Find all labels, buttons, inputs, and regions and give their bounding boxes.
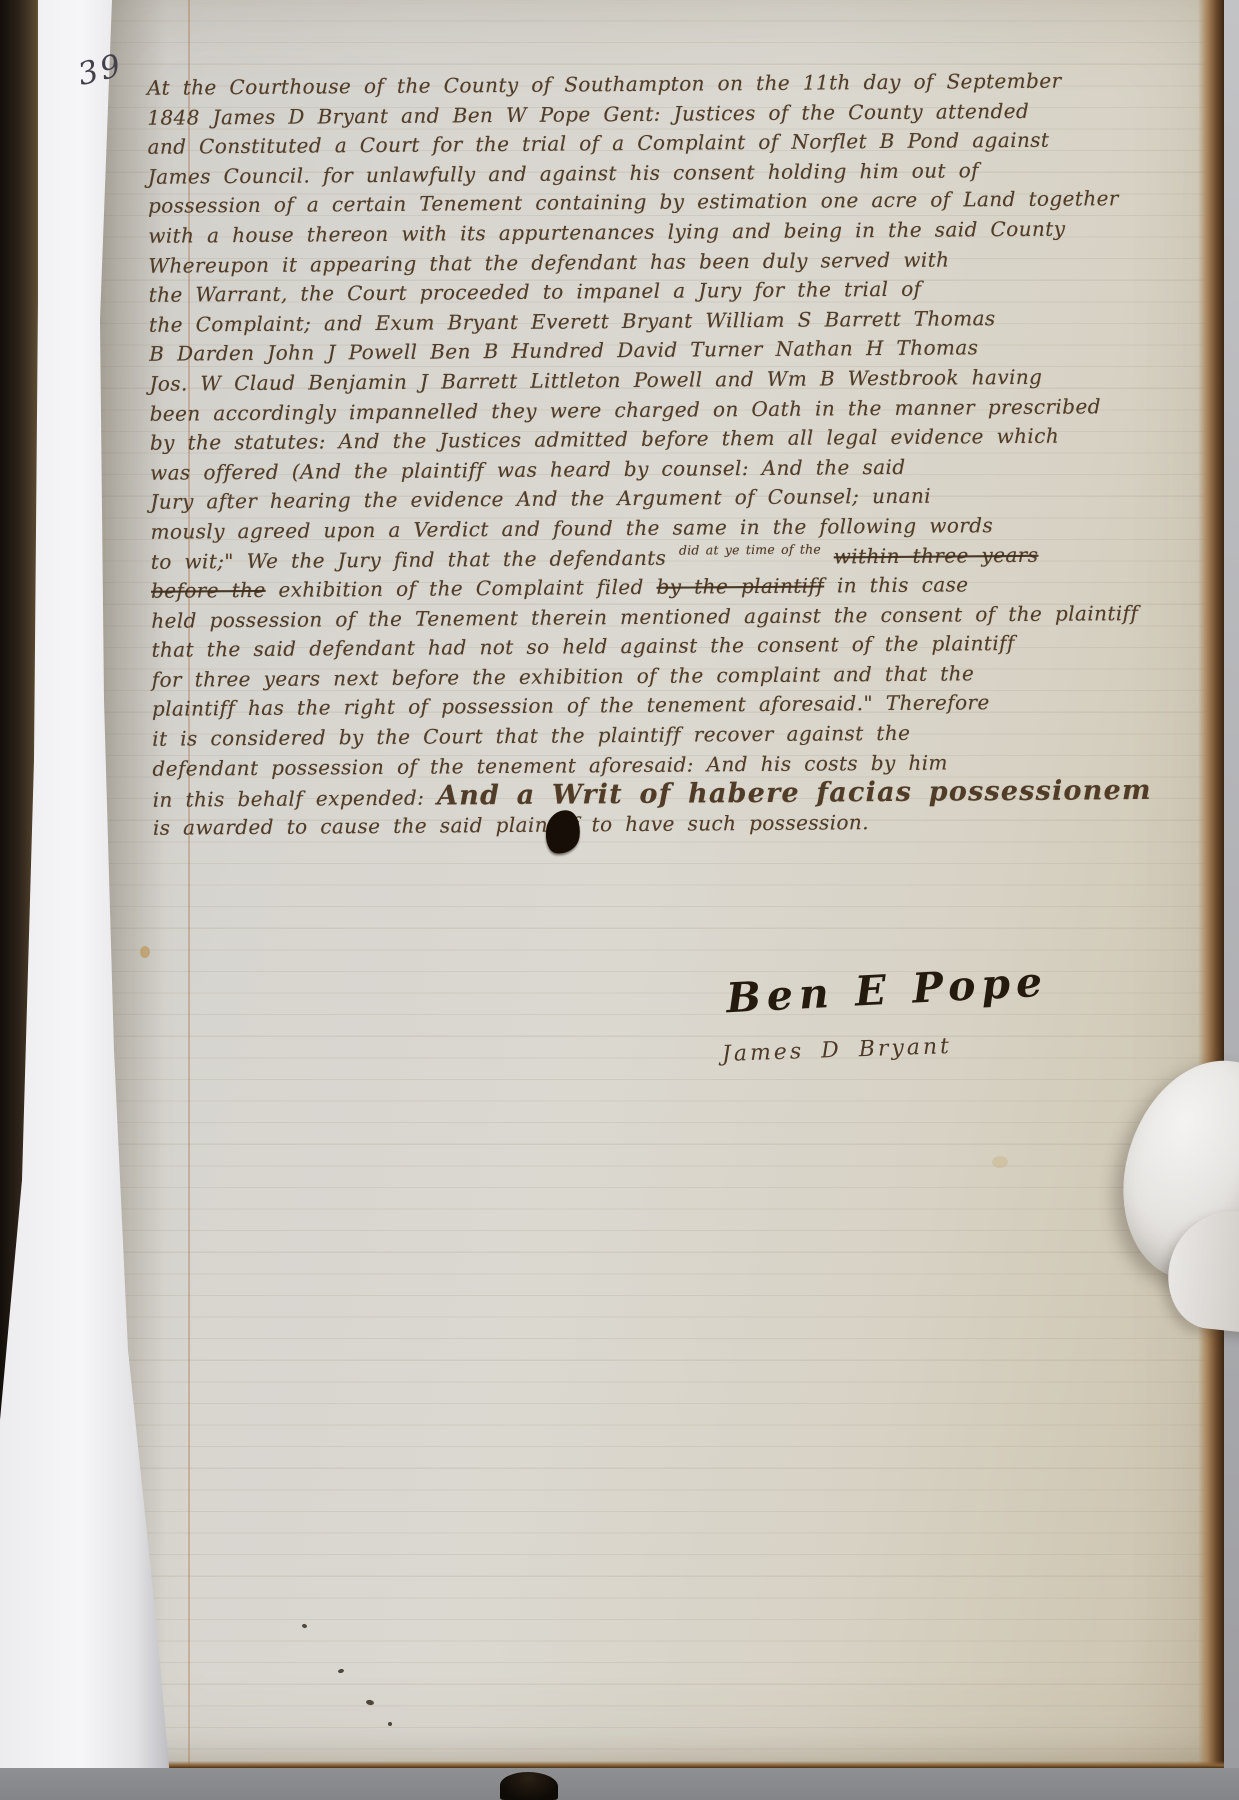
scanned-manuscript-photo: 39 At the Courthouse of the County of So…: [0, 0, 1239, 1800]
manuscript-segment: in this case: [837, 572, 969, 597]
manuscript-segment: before the: [151, 578, 266, 603]
manuscript-segment: the Warrant, the Court proceeded to impa…: [149, 277, 922, 307]
manuscript: At the Courthouse of the County of South…: [147, 66, 1113, 843]
manuscript-segment: James Council. for unlawfully and agains…: [148, 158, 979, 189]
manuscript-segment: At the Courthouse of the County of South…: [147, 69, 1062, 100]
manuscript-segment: 1848 James D Bryant and Ben W Pope Gent:…: [147, 98, 1029, 129]
manuscript-segment: mously agreed upon a Verdict and found t…: [150, 513, 993, 544]
manuscript-segment: the Complaint; and Exum Bryant Everett B…: [149, 306, 996, 337]
manuscript-segment: B Darden John J Powell Ben B Hundred Dav…: [149, 336, 978, 367]
manuscript-segment: held possession of the Tenement therein …: [151, 601, 1138, 633]
manuscript-segment: plaintiff has the right of possession of…: [152, 691, 990, 722]
manuscript-segment: it is considered by the Court that the p…: [152, 721, 910, 751]
manuscript-segment: by the plaintiff: [656, 574, 824, 599]
paper-stain: [140, 946, 150, 958]
manuscript-segment: been accordingly impannelled they were c…: [150, 394, 1101, 425]
manuscript-segment: Whereupon it appearing that the defendan…: [148, 247, 949, 277]
book-strap: [500, 1772, 558, 1800]
manuscript-segment: exhibition of the Complaint filed: [278, 575, 644, 602]
manuscript-segment: possession of a certain Tenement contain…: [148, 187, 1119, 219]
manuscript-segment: Jury after hearing the evidence And the …: [150, 484, 931, 514]
manuscript-segment: within three years: [834, 542, 1039, 568]
scanner-strip-bottom: [0, 1768, 1239, 1800]
page-bottom-edge: [96, 1761, 1224, 1768]
manuscript-segment: is awarded to cause the said plaintiff t…: [153, 810, 869, 840]
manuscript-segment: in this behalf expended:: [153, 786, 425, 812]
manuscript-segment: was offered (And the plaintiff was heard…: [150, 455, 906, 485]
manuscript-segment: by the statutes: And the Justices admitt…: [150, 424, 1059, 455]
page-right-edge: [1198, 0, 1224, 1768]
manuscript-segment: to wit;" We the Jury find that the defen…: [151, 545, 667, 573]
manuscript-segment: for three years next before the exhibiti…: [152, 661, 975, 691]
manuscript-segment: that the said defendant had not so held …: [151, 631, 1014, 662]
manuscript-segment: defendant possession of the tenement afo…: [152, 750, 948, 780]
paper-stain: [992, 1156, 1008, 1168]
manuscript-segment: and Constituted a Court for the trial of…: [147, 128, 1049, 159]
manuscript-segment: did at ye time of the: [679, 541, 821, 557]
manuscript-segment: Jos. W Claud Benjamin J Barrett Littleto…: [149, 365, 1042, 396]
manuscript-segment: with a house thereon with its appurtenan…: [148, 217, 1065, 248]
ink-speck: [388, 1722, 392, 1726]
manuscript-segment: And a Writ of habere facias possessionem: [437, 775, 1152, 812]
scanner-strip-right: [1224, 0, 1239, 1800]
